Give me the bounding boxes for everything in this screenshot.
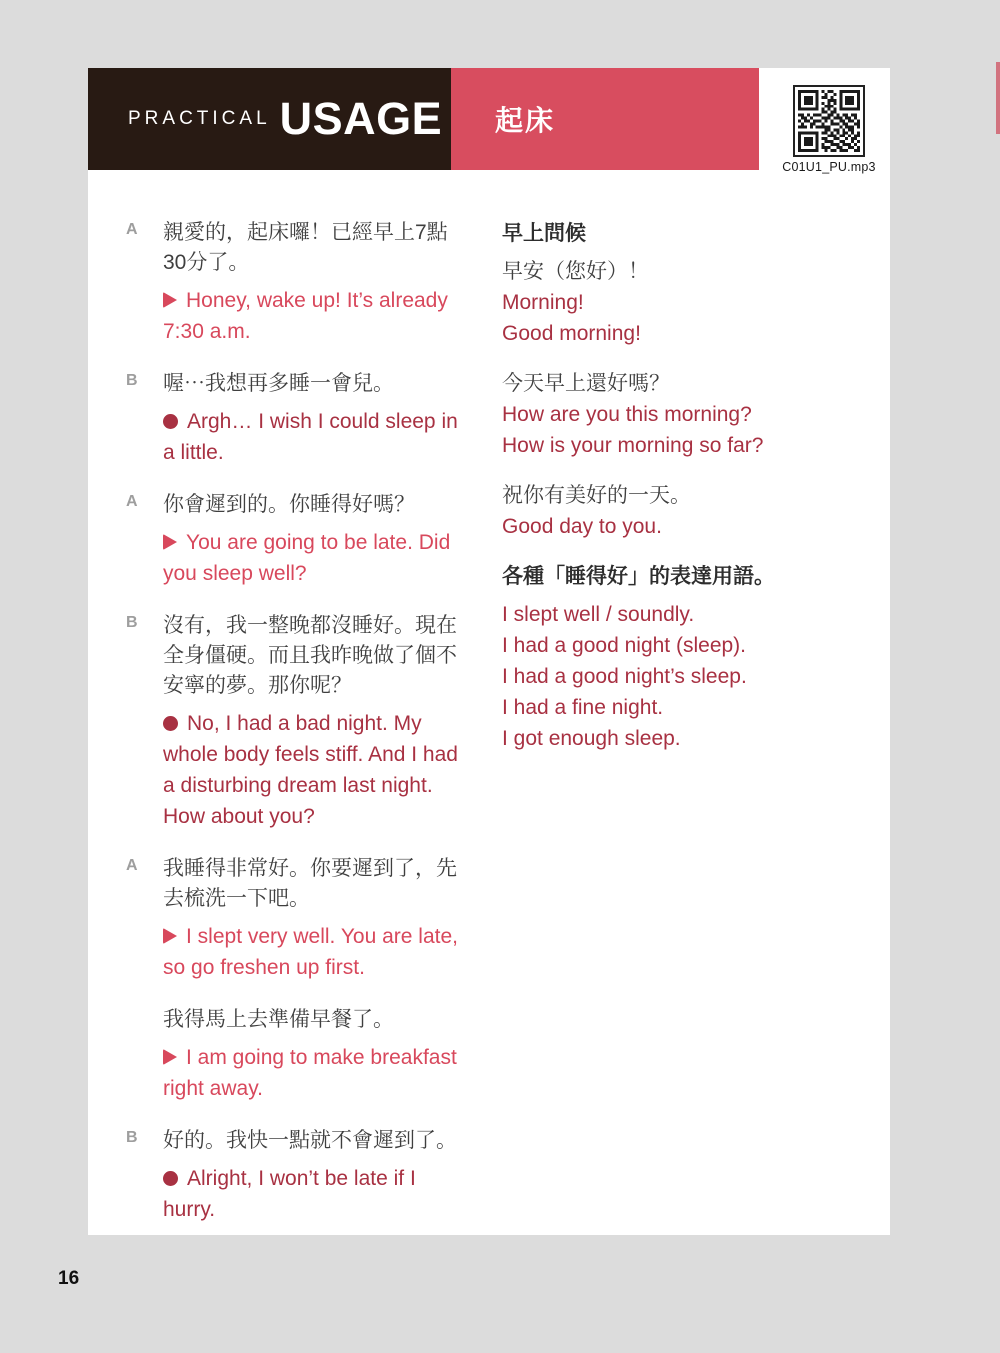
dialogue-english-text: I slept very well. You are late, so go f… xyxy=(163,925,458,979)
phrase-english-lines: Good day to you. xyxy=(502,511,884,542)
speaker-label: A xyxy=(126,857,138,875)
dialogue-english-text: I am going to make breakfast right away. xyxy=(163,1046,457,1100)
section-eyebrow: PRACTICAL xyxy=(128,108,271,130)
dialogue-entry: B 好的。我快一點就不會遲到了。 Alright, I won’t be lat… xyxy=(163,1126,465,1225)
phrase-group-heading: 早上問候 xyxy=(502,218,884,249)
dialogue-chinese: 沒有，我一整晚都沒睡好。現在全身僵硬。而且我昨晚做了個不安寧的夢。那你呢？ xyxy=(163,611,465,701)
phrase-item: I slept well / soundly.I had a good nigh… xyxy=(502,599,884,754)
dialogue-chinese: 親愛的，起床囉！已經早上7點30分了。 xyxy=(163,218,465,278)
phrase-group-heading: 各種「睡得好」的表達用語。 xyxy=(502,561,884,592)
phrase-group: 早上問候 早安（您好）！ Morning!Good morning! 今天早上還… xyxy=(502,218,884,542)
phrase-english: I had a good night (sleep). xyxy=(502,630,884,661)
dialogue-entry: B 沒有，我一整晚都沒睡好。現在全身僵硬。而且我昨晚做了個不安寧的夢。那你呢？ … xyxy=(163,611,465,832)
unit-banner: 起床 xyxy=(451,68,759,170)
section-banner: PRACTICAL USAGE xyxy=(88,68,451,170)
dialogue-english: No, I had a bad night. My whole body fee… xyxy=(163,708,465,832)
phrase-english-lines: Morning!Good morning! xyxy=(502,287,884,349)
phrase-english: I slept well / soundly. xyxy=(502,599,884,630)
dialogue-english: Alright, I won’t be late if I hurry. xyxy=(163,1163,465,1225)
audio-qr-block: C01U1_PU.mp3 xyxy=(780,85,878,174)
unit-title: 起床 xyxy=(495,99,555,139)
dialogue-entry: A 你會遲到的。你睡得好嗎？ You are going to be late.… xyxy=(163,490,465,589)
bullet-marker-icon xyxy=(163,1171,178,1186)
phrase-english: Morning! xyxy=(502,287,884,318)
phrase-item: 祝你有美好的一天。 Good day to you. xyxy=(502,480,884,542)
dialogue-english-text: You are going to be late. Did you sleep … xyxy=(163,531,450,585)
phrase-group-items: 早安（您好）！ Morning!Good morning! 今天早上還好嗎？ H… xyxy=(502,256,884,542)
speaker-label: A xyxy=(126,221,138,239)
page-number: 16 xyxy=(58,1268,79,1290)
phrases-column: 早上問候 早安（您好）！ Morning!Good morning! 今天早上還… xyxy=(502,218,884,773)
phrase-english-lines: I slept well / soundly.I had a good nigh… xyxy=(502,599,884,754)
dialogue-chinese: 我睡得非常好。你要遲到了，先去梳洗一下吧。 xyxy=(163,854,465,914)
dialogue-english-text: Argh… I wish I could sleep in a little. xyxy=(163,410,458,464)
dialogue-english: I slept very well. You are late, so go f… xyxy=(163,921,465,983)
dialogue-entry: A 親愛的，起床囉！已經早上7點30分了。 Honey, wake up! It… xyxy=(163,218,465,347)
section-title: USAGE xyxy=(280,93,443,145)
speaker-label: B xyxy=(126,614,138,632)
bullet-marker-icon xyxy=(163,414,178,429)
dialogue-english: Honey, wake up! It’s already 7:30 a.m. xyxy=(163,285,465,347)
page-header: PRACTICAL USAGE 起床 xyxy=(88,68,759,170)
dialogue-english-text: Honey, wake up! It’s already 7:30 a.m. xyxy=(163,289,448,343)
dialogue-entry: B 喔⋯我想再多睡一會兒。 Argh… I wish I could sleep… xyxy=(163,369,465,468)
page-edge-tab xyxy=(996,62,1000,134)
bullet-marker-icon xyxy=(163,928,177,944)
dialogue-chinese: 喔⋯我想再多睡一會兒。 xyxy=(163,369,465,399)
phrase-english-lines: How are you this morning?How is your mor… xyxy=(502,399,884,461)
qr-code-icon[interactable] xyxy=(793,85,865,157)
phrase-english: Good day to you. xyxy=(502,511,884,542)
phrase-english: How is your morning so far? xyxy=(502,430,884,461)
phrase-chinese: 祝你有美好的一天。 xyxy=(502,480,884,511)
dialogue-column: A 親愛的，起床囉！已經早上7點30分了。 Honey, wake up! It… xyxy=(163,218,465,1247)
phrase-group: 各種「睡得好」的表達用語。 I slept well / soundly.I h… xyxy=(502,561,884,754)
speaker-label: B xyxy=(126,1129,138,1147)
bullet-marker-icon xyxy=(163,292,177,308)
phrase-item: 今天早上還好嗎？ How are you this morning?How is… xyxy=(502,368,884,461)
dialogue-english-text: Alright, I won’t be late if I hurry. xyxy=(163,1167,416,1221)
dialogue-english-text: No, I had a bad night. My whole body fee… xyxy=(163,712,458,828)
dialogue-english: I am going to make breakfast right away. xyxy=(163,1042,465,1104)
dialogue-chinese: 你會遲到的。你睡得好嗎？ xyxy=(163,490,465,520)
phrase-chinese: 早安（您好）！ xyxy=(502,256,884,287)
dialogue-chinese: 好的。我快一點就不會遲到了。 xyxy=(163,1126,465,1156)
speaker-label: B xyxy=(126,372,138,390)
bullet-marker-icon xyxy=(163,1049,177,1065)
dialogue-entry: A 我睡得非常好。你要遲到了，先去梳洗一下吧。 I slept very wel… xyxy=(163,854,465,983)
speaker-label: A xyxy=(126,493,138,511)
phrase-english: I had a fine night. xyxy=(502,692,884,723)
phrase-english: Good morning! xyxy=(502,318,884,349)
phrase-group-items: I slept well / soundly.I had a good nigh… xyxy=(502,599,884,754)
book-page: PRACTICAL USAGE 起床 C01U1_PU.mp3 A 親愛的，起床… xyxy=(88,68,890,1235)
phrase-chinese: 今天早上還好嗎？ xyxy=(502,368,884,399)
phrase-english: I had a good night’s sleep. xyxy=(502,661,884,692)
dialogue-english: You are going to be late. Did you sleep … xyxy=(163,527,465,589)
dialogue-english: Argh… I wish I could sleep in a little. xyxy=(163,406,465,468)
dialogue-chinese: 我得馬上去準備早餐了。 xyxy=(163,1005,465,1035)
dialogue-entry: 我得馬上去準備早餐了。 I am going to make breakfast… xyxy=(163,1005,465,1104)
phrase-english: How are you this morning? xyxy=(502,399,884,430)
audio-filename: C01U1_PU.mp3 xyxy=(780,160,878,174)
phrase-item: 早安（您好）！ Morning!Good morning! xyxy=(502,256,884,349)
bullet-marker-icon xyxy=(163,716,178,731)
phrase-english: I got enough sleep. xyxy=(502,723,884,754)
bullet-marker-icon xyxy=(163,534,177,550)
